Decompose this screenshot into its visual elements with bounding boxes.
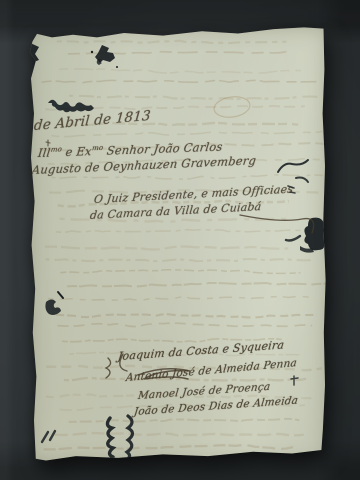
- ink-blot-right-edge-hole: [304, 218, 327, 251]
- torn-edge-dark-notch: [28, 42, 39, 64]
- body-trailing-flourish: [240, 215, 314, 233]
- ink-squiggle-right-1: [278, 160, 308, 172]
- ink-tick-right: [288, 186, 295, 193]
- ink-blots-overlay: [28, 26, 328, 464]
- ink-scribble-bottom-2: [125, 416, 133, 460]
- signature-margin-squiggle: [106, 358, 111, 378]
- ink-squiggle-right-2: [296, 178, 308, 183]
- date-cross-mark: [46, 140, 50, 146]
- ink-speck: [91, 51, 93, 53]
- signature-initial-flourish: [120, 354, 127, 371]
- ink-arm-right-blob: [286, 236, 300, 241]
- photo-of-manuscript: de Abril de 1813 Illmo e Exmo Senhor Joã…: [0, 0, 360, 480]
- ink-blot-left-edge: [28, 310, 34, 322]
- manuscript-page: de Abril de 1813 Illmo e Exmo Senhor Joã…: [28, 26, 328, 464]
- ink-scrawl-left: [58, 292, 63, 298]
- ink-blot-wavy-chain: [48, 100, 94, 113]
- ink-dashes-bottom-left: [42, 431, 55, 442]
- ink-speck: [116, 66, 118, 68]
- ink-scribble-bottom-1: [107, 418, 113, 457]
- signature-rubric-flourish: [138, 369, 190, 379]
- ink-t-mark: [291, 376, 298, 385]
- ink-blot-left-mid: [45, 300, 61, 316]
- manuscript-page-wrap: de Abril de 1813 Illmo e Exmo Senhor Joã…: [28, 26, 328, 464]
